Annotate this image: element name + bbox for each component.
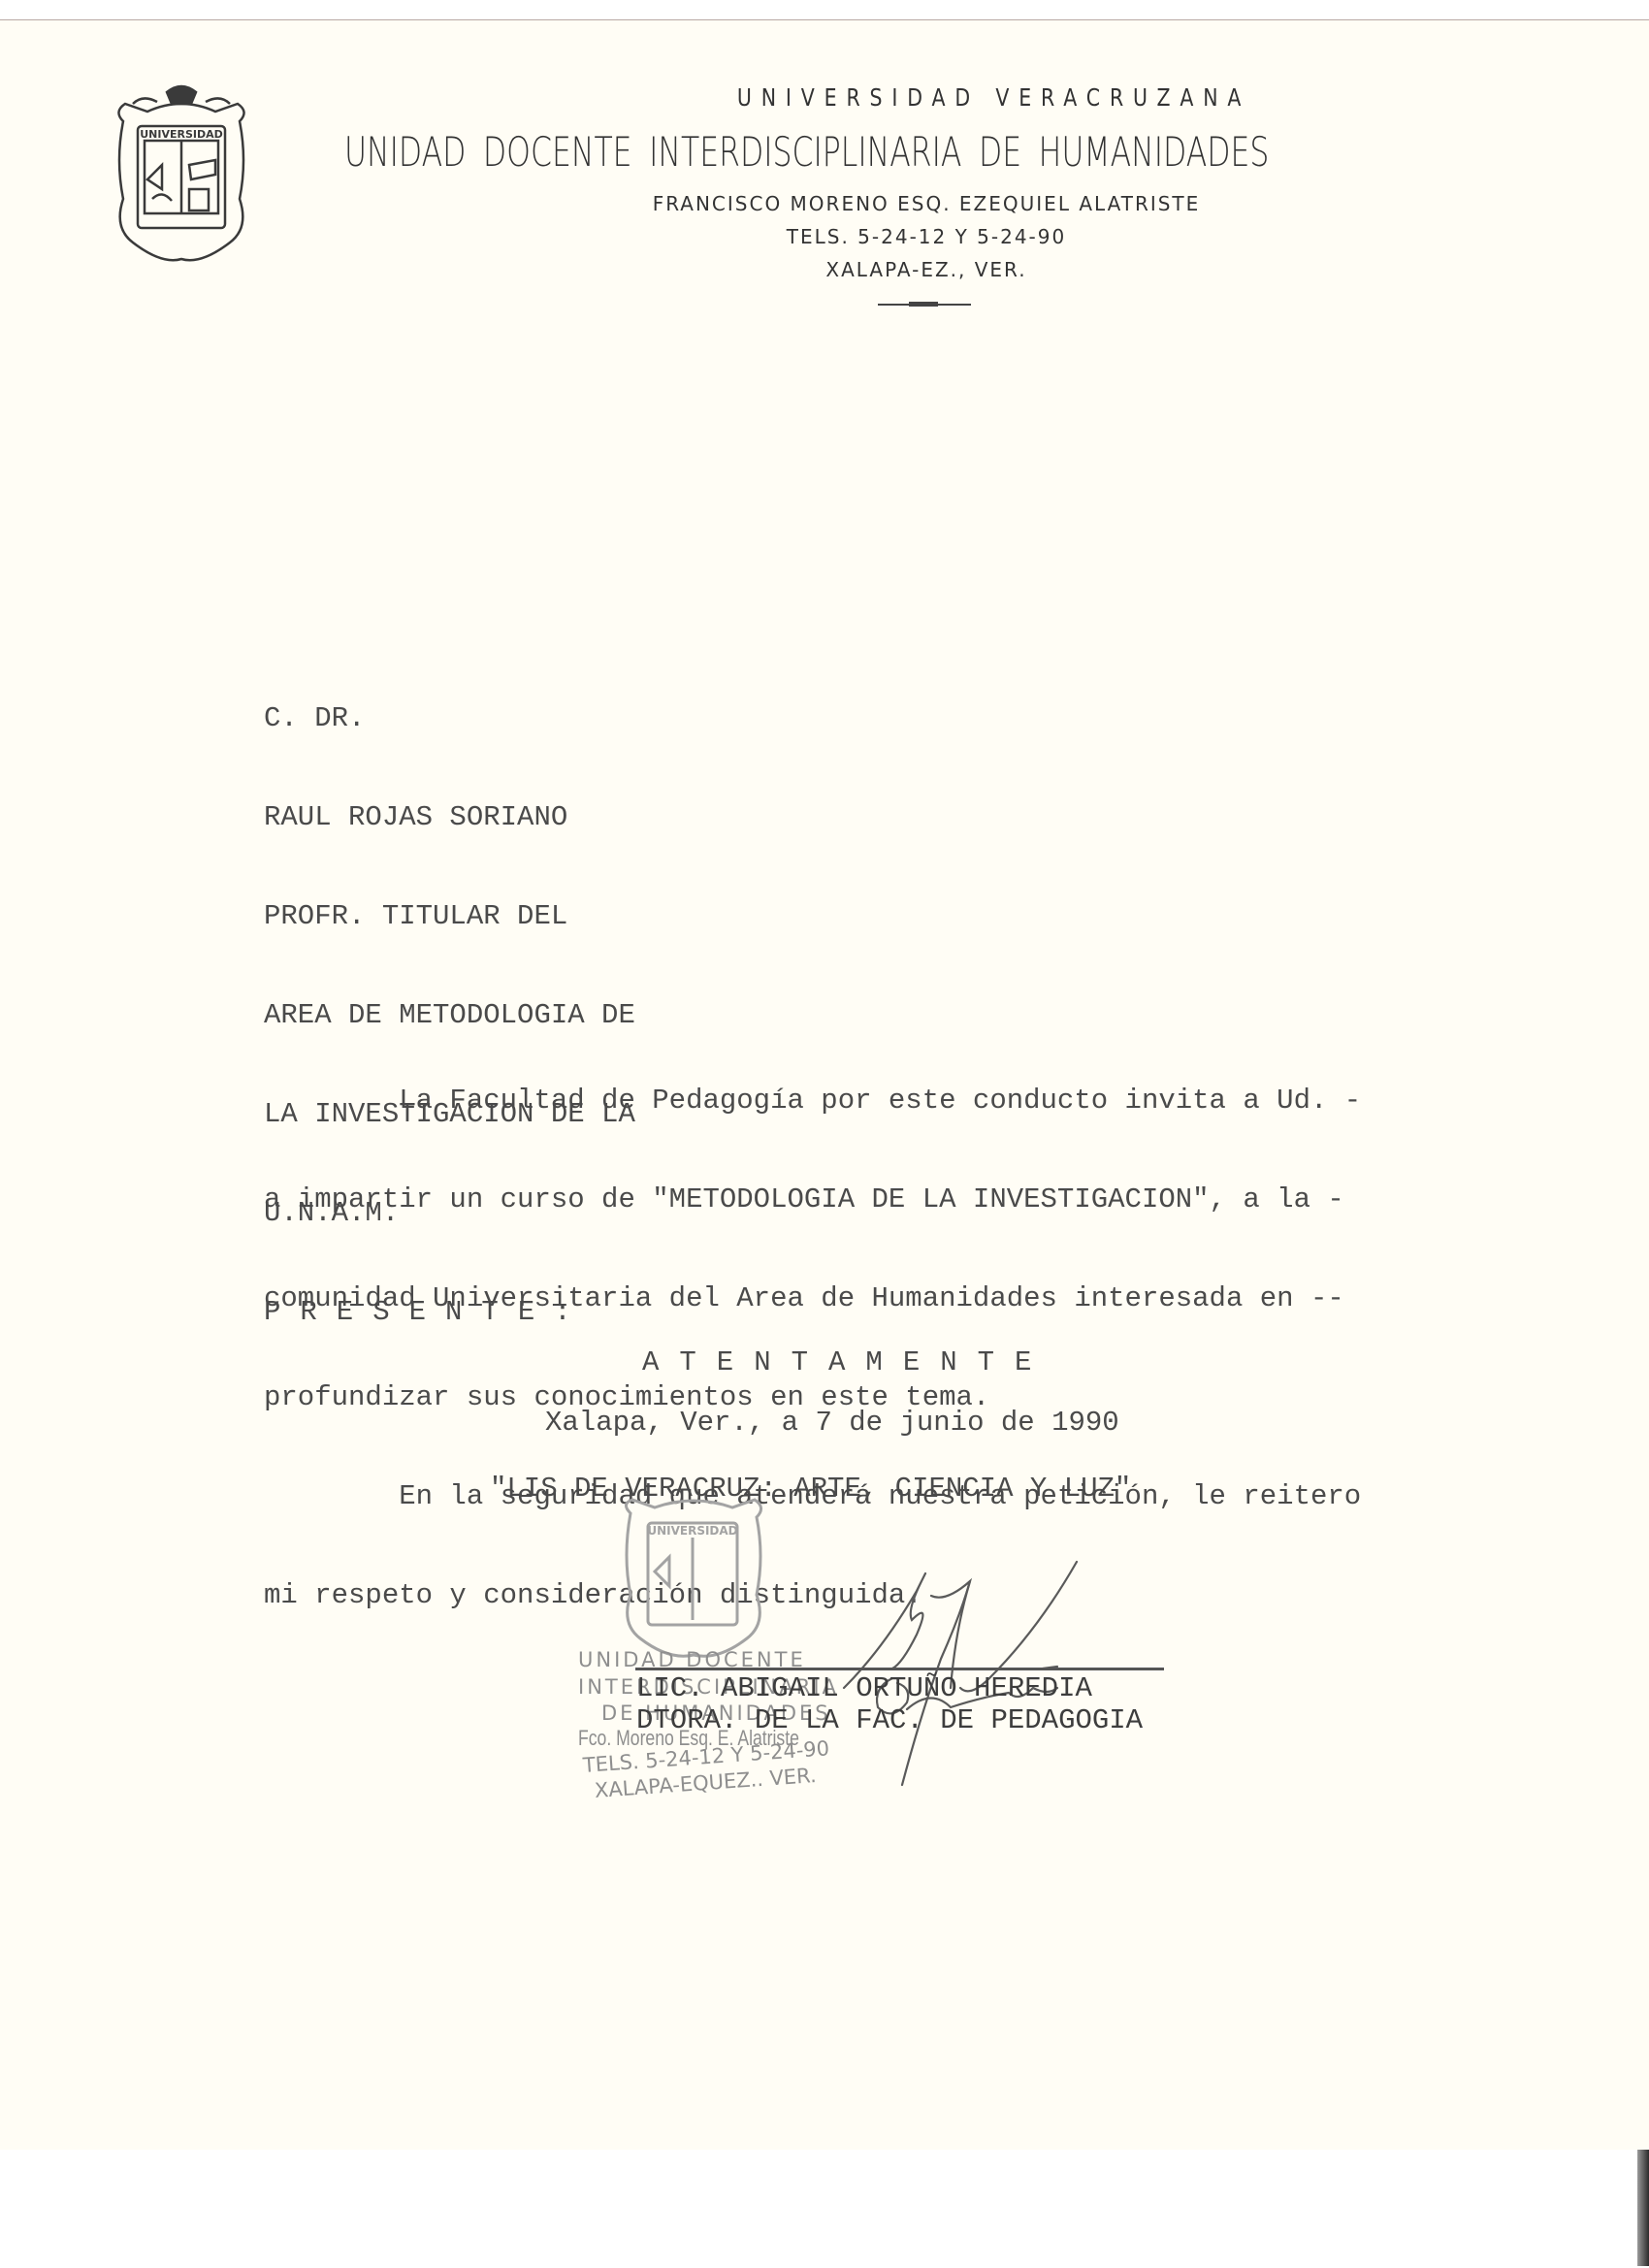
city: XALAPA-EZ., VER. xyxy=(349,258,1503,281)
recipient-line: PROFR. TITULAR DEL xyxy=(264,900,635,933)
svg-text:UNIVERSIDAD: UNIVERSIDAD xyxy=(140,128,223,141)
unit-name: UNIDAD DOCENTE INTERDISCIPLINARIA DE HUM… xyxy=(344,128,1217,176)
signature-line xyxy=(635,1668,1164,1670)
divider xyxy=(878,304,971,306)
recipient-line: RAUL ROJAS SORIANO xyxy=(264,801,635,834)
body-line: comunidad Universitaria del Area de Huma… xyxy=(264,1282,1361,1315)
university-name: UNIVERSIDAD VERACRUZANA xyxy=(175,83,1527,112)
signer-title: DTORA. DE LA FAC. DE PEDAGOGIA xyxy=(636,1704,1143,1736)
body-line: a impartir un curso de "METODOLOGIA DE L… xyxy=(264,1183,1361,1216)
signer-name: LIC. ABIGAIL ORTUÑO HEREDIA xyxy=(636,1672,1092,1704)
recipient-line: C. DR. xyxy=(264,702,635,735)
address: FRANCISCO MORENO ESQ. EZEQUIEL ALATRISTE xyxy=(349,192,1503,215)
scan-edge xyxy=(1637,2150,1649,2266)
place-date: Xalapa, Ver., a 7 de junio de 1990 xyxy=(545,1407,1119,1440)
phone-numbers: TELS. 5-24-12 Y 5-24-90 xyxy=(349,225,1503,248)
salutation: ATENTAMENTE xyxy=(642,1346,1051,1379)
svg-text:UNIVERSIDAD: UNIVERSIDAD xyxy=(647,1524,737,1538)
body-line: La Facultad de Pedagogía por este conduc… xyxy=(264,1085,1361,1118)
